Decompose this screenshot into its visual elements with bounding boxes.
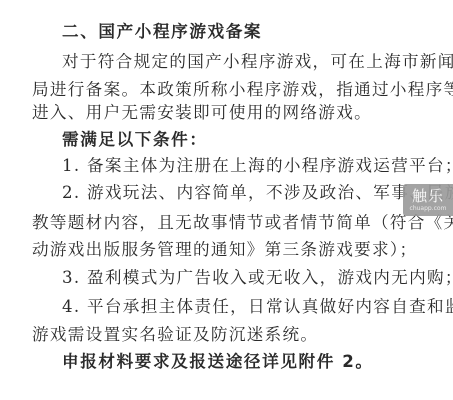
condition-item-2-cont: 教等题材内容，且无故事情节或者情节简单（符合《关于移 (32, 213, 453, 233)
condition-item-3: 3. 盈利模式为广告收入或无收入，游戏内无内购； (62, 268, 453, 288)
paragraph-line: 局进行备案。本政策所称小程序游戏，指通过小程序等形式 (32, 80, 453, 100)
condition-item-4-cont: 游戏需设置实名验证及防沉迷系统。 (32, 325, 318, 345)
section-heading: 二、国产小程序游戏备案 (62, 22, 262, 42)
condition-item-1: 1. 备案主体为注册在上海的小程序游戏运营平台； (62, 156, 453, 176)
footer-note: 申报材料要求及报送途径详见附件 2。 (62, 352, 374, 372)
paragraph-line: 对于符合规定的国产小程序游戏，可在上海市新闻出版 (62, 52, 453, 72)
watermark-logo: 触乐 (403, 187, 453, 205)
condition-item-2-cont: 动游戏出版服务管理的通知》第三条游戏要求）； (32, 240, 417, 260)
conditions-title: 需满足以下条件： (62, 130, 208, 150)
document-page: 二、国产小程序游戏备案 对于符合规定的国产小程序游戏，可在上海市新闻出版 局进行… (0, 0, 453, 400)
condition-item-4: 4. 平台承担主体责任，日常认真做好内容自查和监管， (62, 297, 453, 317)
watermark-badge: 触乐 chuapp.com (403, 184, 453, 216)
paragraph-line: 进入、用户无需安装即可使用的网络游戏。 (32, 103, 372, 123)
condition-item-2: 2. 游戏玩法、内容简单，不涉及政治、军事、民族、宗 (62, 183, 453, 203)
watermark-url: chuapp.com (403, 205, 453, 213)
